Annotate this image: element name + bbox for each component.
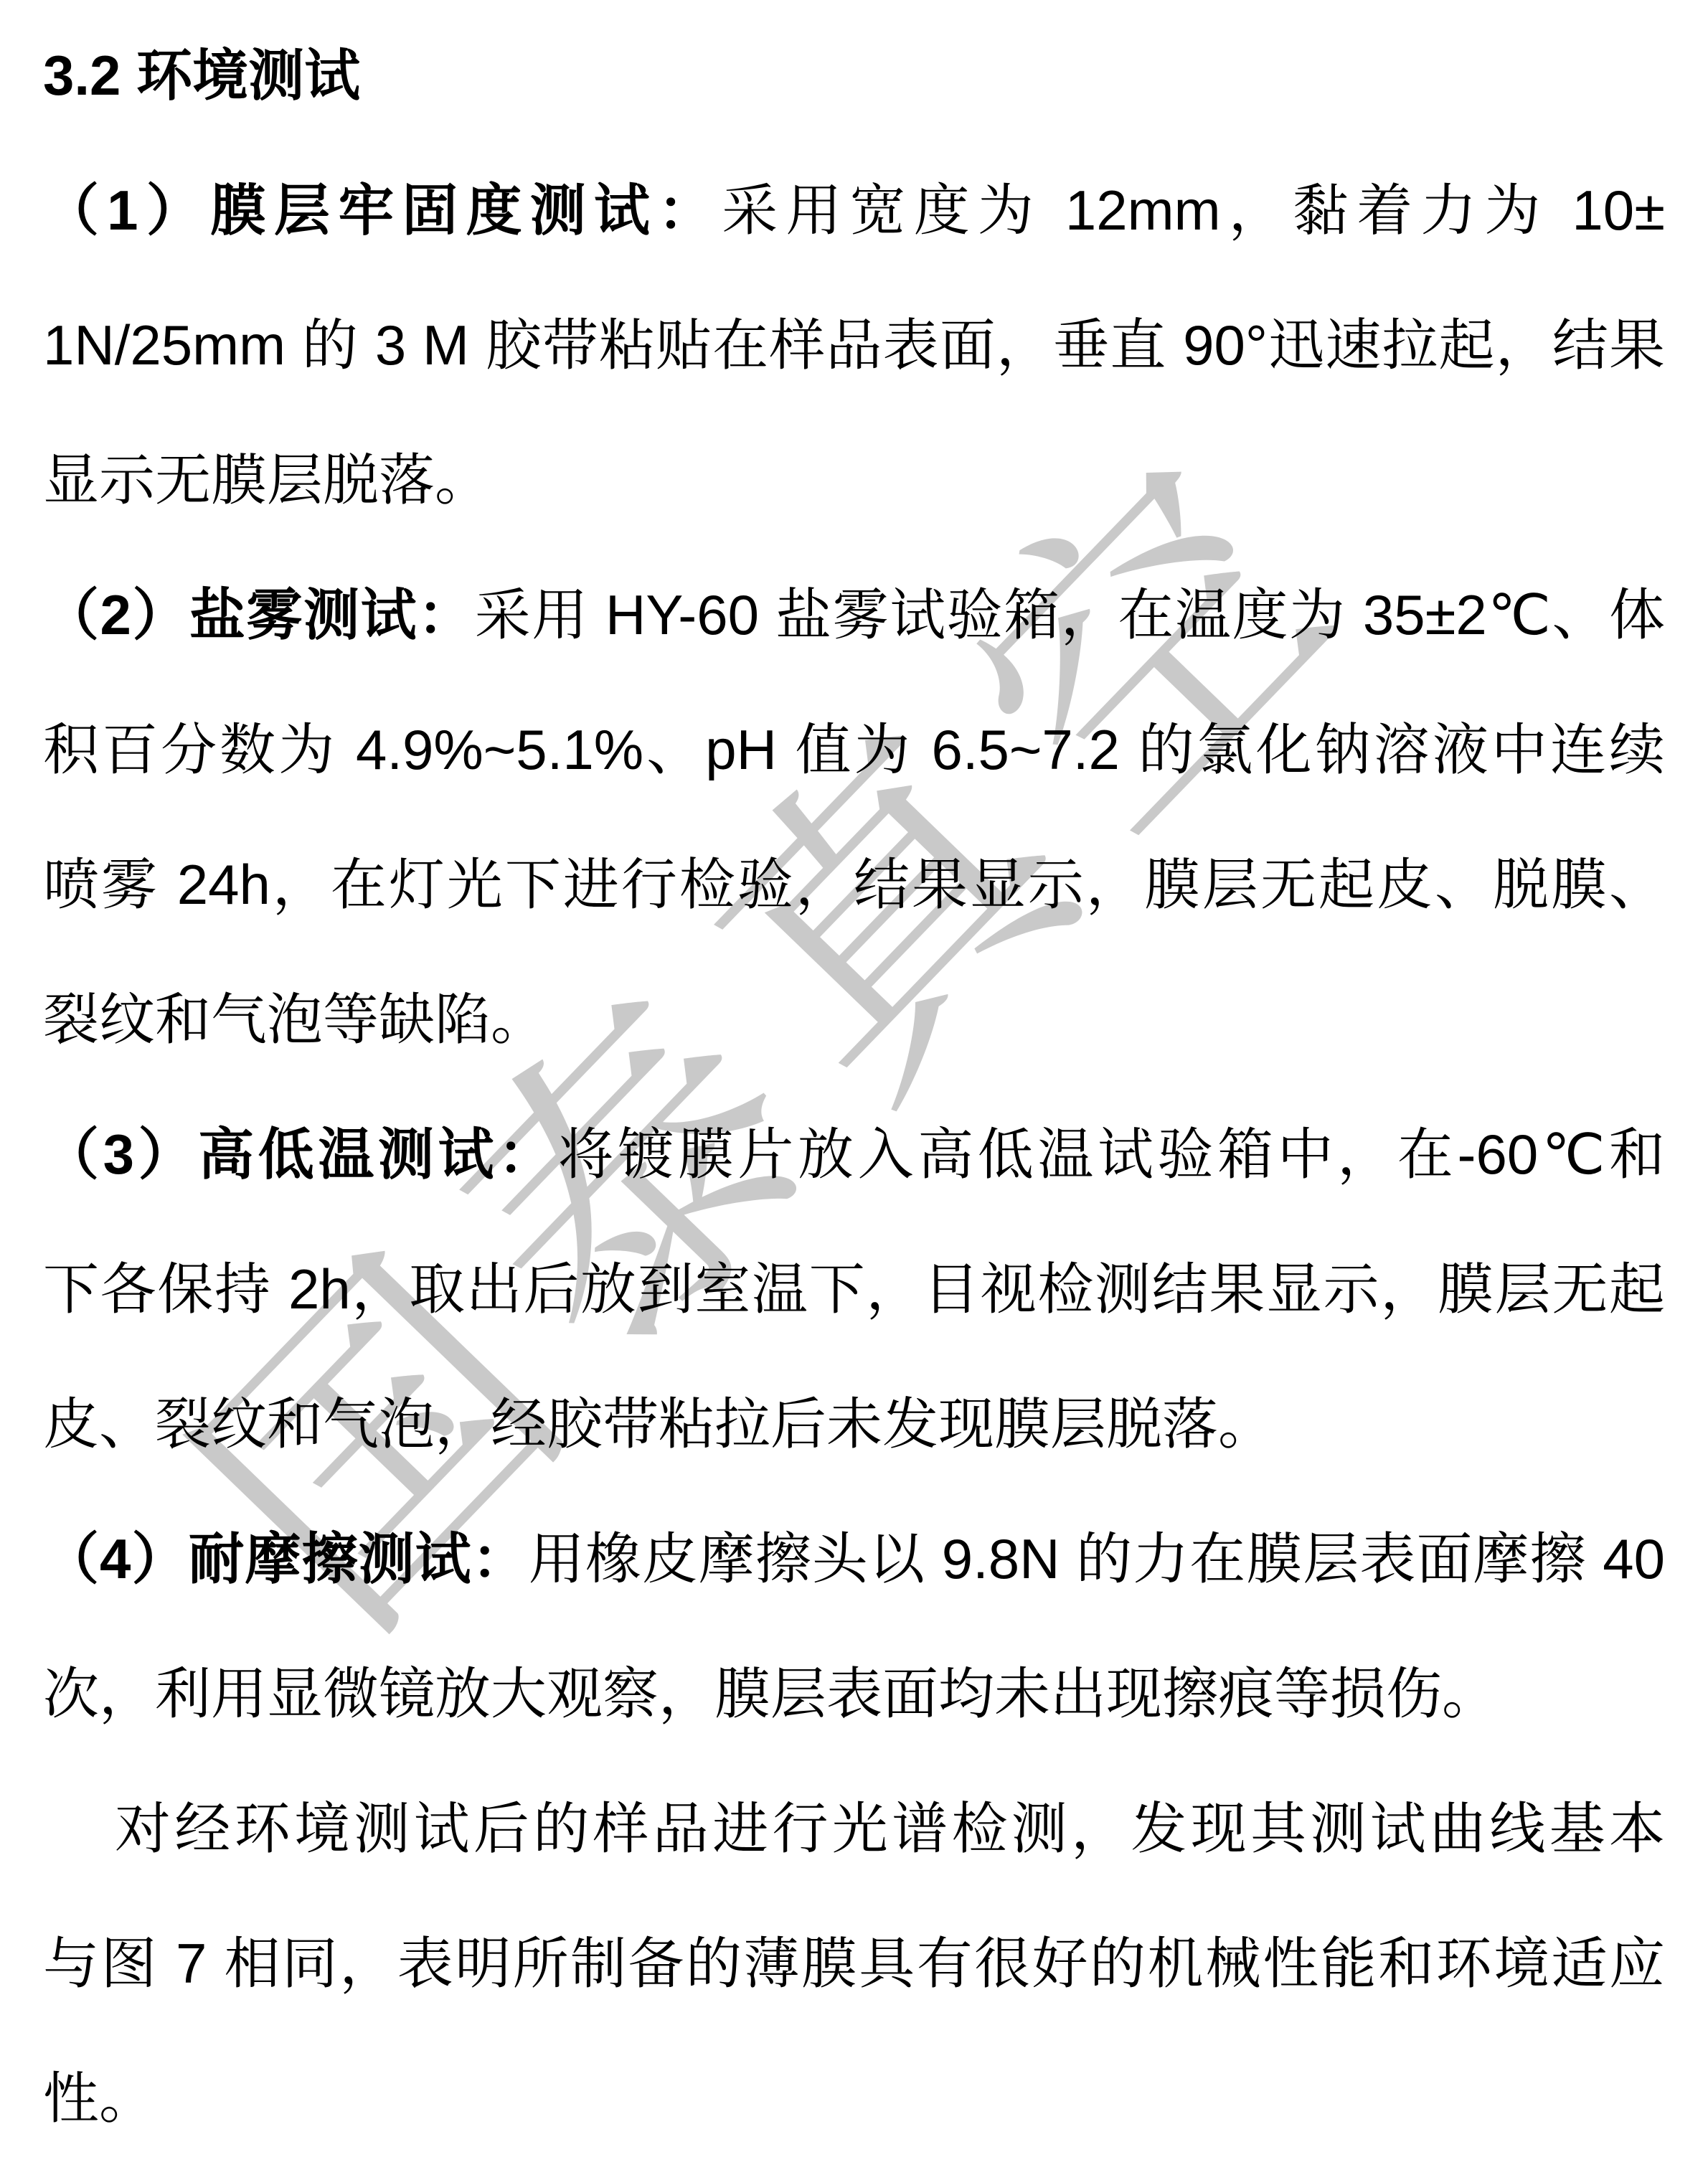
line-text-segment: 积百分数为 4.9%~5.1%、pH 值为 6.5~7.2 的氯化钠溶液中连续 (43, 718, 1665, 781)
text-line: 性。 (43, 2031, 1665, 2166)
line-bold-segment: （3）高低温测试： (43, 1123, 558, 1186)
text-line: （1）膜层牢固度测试：采用宽度为 12mm，黏着力为 10± (43, 143, 1665, 278)
line-text-segment: 裂纹和气泡等缺陷。 (43, 988, 547, 1051)
line-text-segment: 性。 (43, 2067, 155, 2130)
line-bold-segment: （1）膜层牢固度测试： (43, 179, 722, 242)
line-text-segment: 用橡皮摩擦头以 9.8N 的力在膜层表面摩擦 40 (529, 1527, 1665, 1590)
text-line: 皮、裂纹和气泡，经胶带粘拉后未发现膜层脱落。 (43, 1356, 1665, 1491)
line-text-segment: 显示无膜层脱落。 (43, 448, 491, 511)
line-bold-segment: （4）耐摩擦测试： (43, 1527, 529, 1590)
text-line: （3）高低温测试：将镀膜片放入高低温试验箱中，在-60℃和 70℃ (43, 1087, 1665, 1222)
line-text-segment: 采用宽度为 12mm，黏着力为 10± (722, 179, 1665, 242)
document-page: 国泰真空 3.2 环境测试 （1）膜层牢固度测试：采用宽度为 12mm，黏着力为… (0, 0, 1708, 2180)
text-line: 对经环境测试后的样品进行光谱检测，发现其测试曲线基本 (43, 1761, 1665, 1896)
document-body: 3.2 环境测试 （1）膜层牢固度测试：采用宽度为 12mm，黏着力为 10± … (0, 0, 1708, 2180)
line-text-segment: 次，利用显微镜放大观察，膜层表面均未出现擦痕等损伤。 (43, 1662, 1498, 1725)
line-text-segment: 喷雾 24h，在灯光下进行检验，结果显示，膜层无起皮、脱膜、 (43, 853, 1665, 916)
line-text-segment: 对经环境测试后的样品进行光谱检测，发现其测试曲线基本 (115, 1797, 1665, 1860)
text-line: 喷雾 24h，在灯光下进行检验，结果显示，膜层无起皮、脱膜、 (43, 817, 1665, 952)
line-bold-segment: （2）盐雾测试： (43, 583, 475, 646)
text-line: 显示无膜层脱落。 (43, 412, 1665, 547)
line-text-segment: 与图 7 相同，表明所制备的薄膜具有很好的机械性能和环境适应 (43, 1932, 1665, 1995)
text-line: 1N/25mm 的 3 M 胶带粘贴在样品表面，垂直 90°迅速拉起，结果 (43, 278, 1665, 412)
line-text-segment: 1N/25mm 的 3 M 胶带粘贴在样品表面，垂直 90°迅速拉起，结果 (43, 313, 1665, 377)
page-title: 3.2 环境测试 (43, 8, 1665, 143)
text-line: 与图 7 相同，表明所制备的薄膜具有很好的机械性能和环境适应 (43, 1896, 1665, 2031)
title-bold-segment: 3.2 环境测试 (43, 44, 360, 107)
line-text-segment: 下各保持 2h，取出后放到室温下，目视检测结果显示，膜层无起 (43, 1257, 1665, 1321)
text-line: 裂纹和气泡等缺陷。 (43, 952, 1665, 1087)
line-text-segment: 皮、裂纹和气泡，经胶带粘拉后未发现膜层脱落。 (43, 1392, 1274, 1455)
text-line: （2）盐雾测试：采用 HY-60 盐雾试验箱，在温度为 35±2℃、体 (43, 547, 1665, 682)
text-line: 下各保持 2h，取出后放到室温下，目视检测结果显示，膜层无起 (43, 1222, 1665, 1356)
text-line: （4）耐摩擦测试：用橡皮摩擦头以 9.8N 的力在膜层表面摩擦 40 (43, 1491, 1665, 1626)
line-text-segment: 采用 HY-60 盐雾试验箱，在温度为 35±2℃、体 (475, 583, 1665, 646)
text-line: 积百分数为 4.9%~5.1%、pH 值为 6.5~7.2 的氯化钠溶液中连续 (43, 682, 1665, 817)
text-line: 次，利用显微镜放大观察，膜层表面均未出现擦痕等损伤。 (43, 1626, 1665, 1761)
